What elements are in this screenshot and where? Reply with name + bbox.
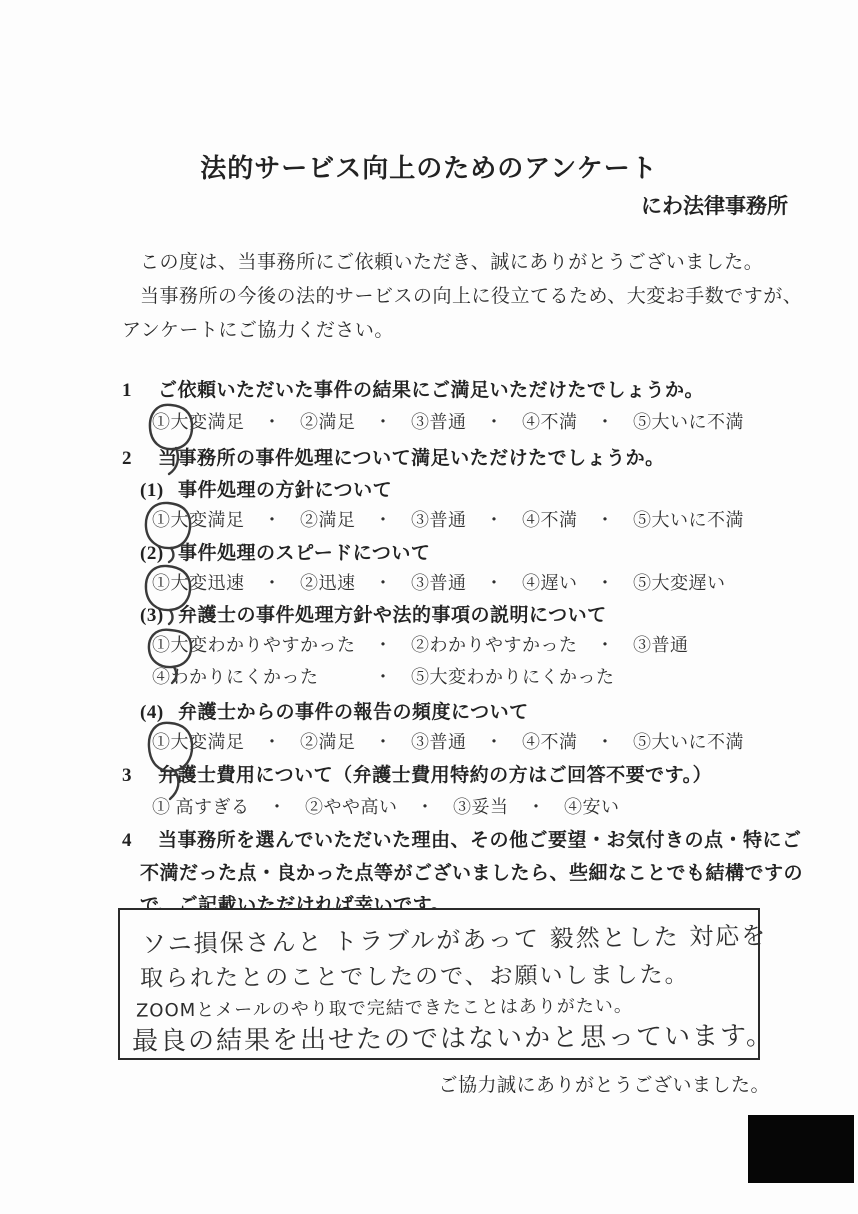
question-3-heading: 3弁護士費用について（弁護士費用特約の方はご回答不要です。） bbox=[122, 760, 712, 787]
question-2-4-text: 弁護士からの事件の報告の頻度について bbox=[178, 702, 529, 723]
question-2-text: 当事務所の事件処理について満足いただけたでしょうか。 bbox=[158, 448, 665, 469]
question-1-text: ご依頼いただいた事件の結果にご満足いただけたでしょうか。 bbox=[158, 380, 704, 401]
page-title: 法的サービス向上のためのアンケート bbox=[0, 148, 858, 185]
handwritten-line-2: 取られたとのことでしたので、お願いしました。 bbox=[140, 956, 690, 993]
intro-line-2: 当事務所の今後の法的サービスの向上に役立てるため、大変お手数ですが、 bbox=[140, 281, 802, 308]
question-2-number: 2 bbox=[122, 448, 158, 470]
question-2-2-text: 事件処理のスピードについて bbox=[178, 543, 430, 564]
question-2-3-label: (3) bbox=[140, 605, 178, 627]
question-2-3-options-line2: ④わかりにくかった ・ ⑤大変わかりにくかった bbox=[152, 663, 615, 689]
question-2-1-label: (1) bbox=[140, 480, 178, 502]
question-1-heading: 1ご依頼いただいた事件の結果にご満足いただけたでしょうか。 bbox=[122, 375, 704, 402]
intro-line-3: アンケートにご協力ください。 bbox=[122, 315, 394, 342]
question-4-text-line1: 当事務所を選んでいただいた理由、その他ご要望・お気付きの点・特にご bbox=[158, 830, 802, 851]
question-3-options: ① 高すぎる ・ ②やや高い ・ ③妥当 ・ ④安い bbox=[152, 793, 620, 819]
question-2-3-text: 弁護士の事件処理方針や法的事項の説明について bbox=[178, 605, 607, 626]
question-4-heading: 4当事務所を選んでいただいた理由、その他ご要望・お気付きの点・特にご bbox=[122, 825, 802, 852]
question-1-number: 1 bbox=[122, 380, 158, 402]
question-4-text-line2: 不満だった点・良かった点等がございましたら、些細なことでも結構ですの bbox=[140, 858, 803, 885]
question-2-1-options: ①大変満足 ・ ②満足 ・ ③普通 ・ ④不満 ・ ⑤大いに不満 bbox=[152, 506, 744, 532]
intro-line-1: この度は、当事務所にご依頼いただき、誠にありがとうございました。 bbox=[140, 247, 763, 274]
office-name: にわ法律事務所 bbox=[641, 190, 788, 220]
question-2-1-text: 事件処理の方針について bbox=[178, 480, 392, 501]
closing-text: ご協力誠にありがとうございました。 bbox=[438, 1070, 770, 1097]
question-2-2-options: ①大変迅速 ・ ②迅速 ・ ③普通 ・ ④遅い ・ ⑤大変遅い bbox=[152, 569, 726, 595]
question-2-2-heading: (2)事件処理のスピードについて bbox=[140, 538, 430, 565]
question-4-number: 4 bbox=[122, 830, 158, 852]
redaction-block bbox=[748, 1115, 854, 1183]
question-3-number: 3 bbox=[122, 765, 158, 787]
question-2-4-options: ①大変満足 ・ ②満足 ・ ③普通 ・ ④不満 ・ ⑤大いに不満 bbox=[152, 728, 744, 754]
question-2-1-heading: (1)事件処理の方針について bbox=[140, 475, 392, 502]
question-2-heading: 2当事務所の事件処理について満足いただけたでしょうか。 bbox=[122, 443, 665, 470]
question-2-2-label: (2) bbox=[140, 543, 178, 565]
question-1-options: ①大変満足 ・ ②満足 ・ ③普通 ・ ④不満 ・ ⑤大いに不満 bbox=[152, 408, 744, 434]
question-2-4-label: (4) bbox=[140, 702, 178, 724]
question-3-text: 弁護士費用について（弁護士費用特約の方はご回答不要です。） bbox=[158, 765, 712, 786]
handwritten-line-1: ソニ損保さんと トラブルがあって 毅然とした 対応を bbox=[142, 916, 768, 960]
question-2-4-heading: (4)弁護士からの事件の報告の頻度について bbox=[140, 697, 529, 724]
free-response-box: ソニ損保さんと トラブルがあって 毅然とした 対応を 取られたとのことでしたので… bbox=[118, 908, 760, 1060]
survey-page: 法的サービス向上のためのアンケート にわ法律事務所 この度は、当事務所にご依頼い… bbox=[0, 0, 858, 1214]
question-2-3-heading: (3)弁護士の事件処理方針や法的事項の説明について bbox=[140, 600, 607, 627]
handwritten-line-4: 最良の結果を出せたのではないかと思っています。 bbox=[132, 1015, 774, 1058]
question-2-3-options-line1: ①大変わかりやすかった ・ ②わかりやすかった ・ ③普通 bbox=[152, 631, 689, 657]
